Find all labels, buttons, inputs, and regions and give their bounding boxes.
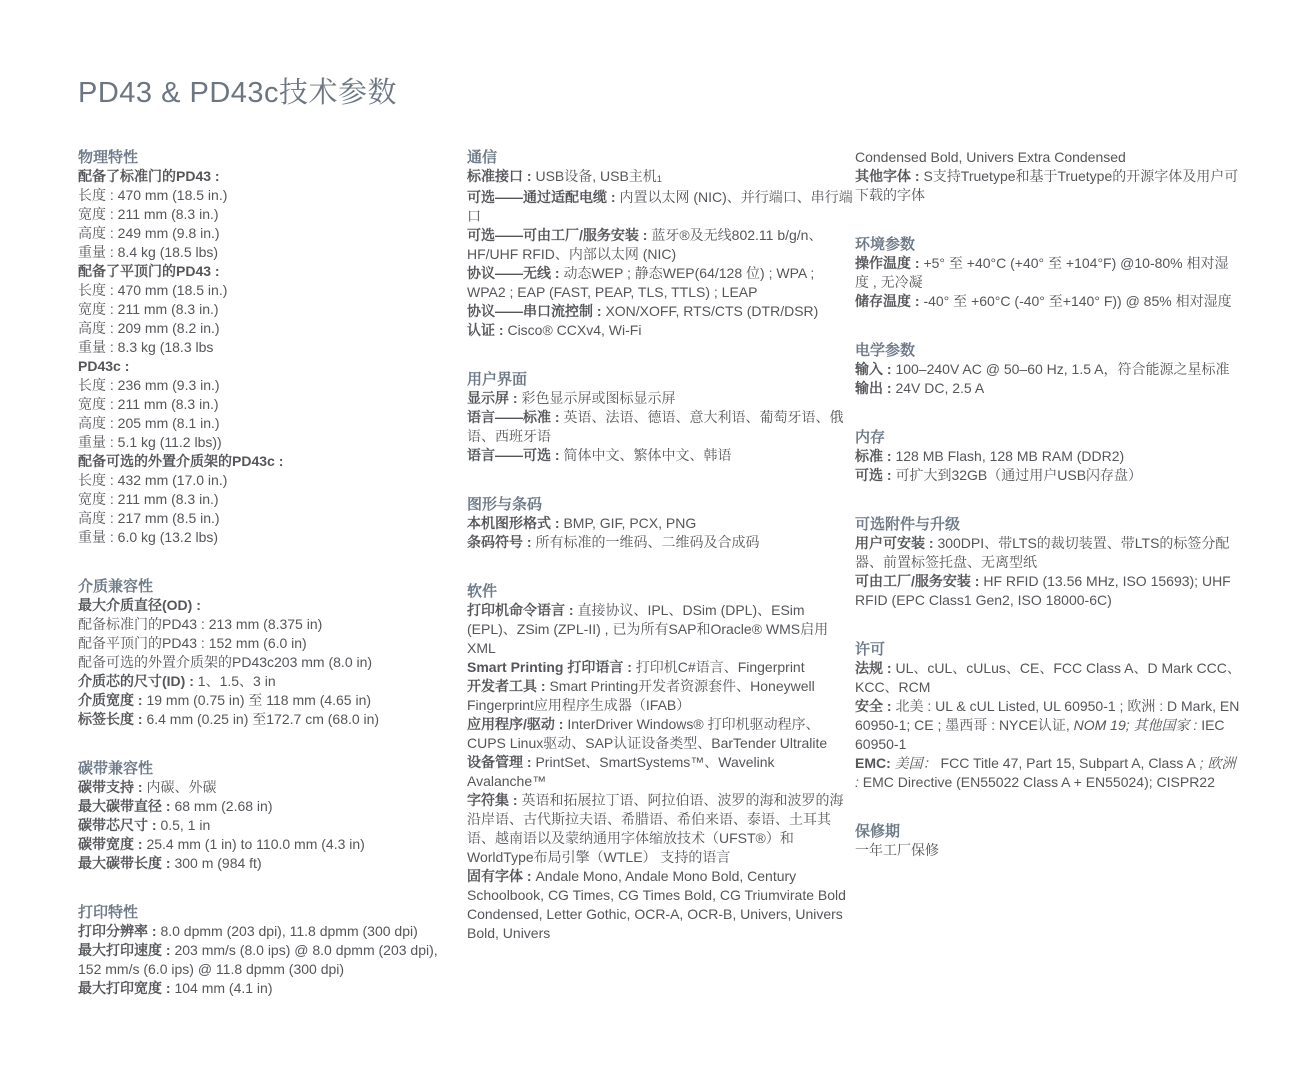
spec-line: 配备平顶门的PD43 : 152 mm (6.0 in)	[78, 634, 446, 653]
spec-label: 其他字体 :	[855, 168, 920, 184]
spec-line: 重量 : 5.1 kg (11.2 lbs))	[78, 433, 446, 452]
section-heading: 内存	[855, 428, 1241, 447]
spec-line: 认证 : Cisco® CCXv4, Wi-Fi	[467, 321, 853, 340]
spec-line: 最大介质直径(OD) :	[78, 596, 446, 615]
spec-value: USB设备, USB主机	[532, 168, 657, 184]
spec-label: 可选 :	[855, 467, 892, 483]
spec-value: BMP, GIF, PCX, PNG	[560, 515, 697, 531]
spec-line: 显示屏 : 彩色显示屏或图标显示屏	[467, 389, 853, 408]
spec-label: 操作温度 :	[855, 255, 920, 271]
spec-value: Condensed Bold, Univers Extra Condensed	[855, 149, 1126, 165]
spec-label: 协议——串口流控制 :	[467, 303, 602, 319]
section-heading: 介质兼容性	[78, 577, 446, 596]
spec-line: 最大碳带直径 : 68 mm (2.68 in)	[78, 797, 446, 816]
spec-label: 用户可安装 :	[855, 535, 934, 551]
section-heading: 可选附件与升级	[855, 515, 1241, 534]
spec-label: 最大介质直径(OD) :	[78, 597, 201, 613]
spec-label: 应用程序/驱动 :	[467, 716, 563, 732]
spec-value: -40° 至 +60°C (-40° 至+140° F)) @ 85% 相对湿度	[920, 293, 1232, 309]
spec-section: 物理特性配备了标准门的PD43 :长度 : 470 mm (18.5 in.)宽…	[78, 148, 446, 547]
spec-value: 104 mm (4.1 in)	[171, 980, 273, 996]
spec-label: 输出 :	[855, 380, 892, 396]
spec-line: 输出 : 24V DC, 2.5 A	[855, 379, 1241, 398]
spec-value: 长度 : 470 mm (18.5 in.)	[78, 187, 227, 203]
spec-value: 8.0 dpmm (203 dpi), 11.8 dpmm (300 dpi)	[157, 923, 418, 939]
spec-line: 其他字体 : S支持Truetype和基于Truetype的开源字体及用户可下载…	[855, 167, 1241, 205]
spec-section: 可选附件与升级用户可安装 : 300DPI、带LTS的裁切装置、带LTS的标签分…	[855, 515, 1241, 610]
spec-line: 协议——串口流控制 : XON/XOFF, RTS/CTS (DTR/DSR)	[467, 302, 853, 321]
spec-value: FCC Title 47, Part 15, Subpart A, Class …	[937, 755, 1196, 771]
spec-label: 打印机命令语言 :	[467, 602, 574, 618]
spec-label: EMC:	[855, 755, 891, 771]
spec-label: 介质宽度 :	[78, 692, 143, 708]
spec-line: 储存温度 : -40° 至 +60°C (-40° 至+140° F)) @ 8…	[855, 292, 1241, 311]
spec-line: 配备了平顶门的PD43 :	[78, 262, 446, 281]
column-3: Condensed Bold, Univers Extra Condensed其…	[855, 148, 1241, 890]
spec-line: 语言——可选 : 简体中文、繁体中文、韩语	[467, 446, 853, 465]
spec-line: 高度 : 249 mm (9.8 in.)	[78, 224, 446, 243]
spec-line: 配备了标准门的PD43 :	[78, 167, 446, 186]
spec-line: 高度 : 209 mm (8.2 in.)	[78, 319, 446, 338]
spec-label: 碳带宽度 :	[78, 836, 143, 852]
spec-value: 宽度 : 211 mm (8.3 in.)	[78, 206, 219, 222]
spec-section: 环境参数操作温度 : +5° 至 +40°C (+40° 至 +104°F) @…	[855, 235, 1241, 311]
spec-value: 配备标准门的PD43 : 213 mm (8.375 in)	[78, 616, 322, 632]
spec-line: 设备管理 : PrintSet、SmartSystems™、Wavelink A…	[467, 753, 853, 791]
section-heading: 电学参数	[855, 341, 1241, 360]
spec-value: NOM 19; 其他国家 :	[1074, 717, 1198, 733]
spec-value: 打印机C#语言、Fingerprint	[632, 659, 805, 675]
spec-label: Smart Printing 打印语言 :	[467, 659, 632, 675]
spec-value: 可扩大到32GB（通过用户USB闪存盘）	[892, 467, 1142, 483]
spec-label: 可由工厂/服务安装 :	[855, 573, 979, 589]
spec-line: EMC: 美国： FCC Title 47, Part 15, Subpart …	[855, 754, 1241, 792]
spec-label: 最大打印速度 :	[78, 942, 171, 958]
spec-value: 长度 : 470 mm (18.5 in.)	[78, 282, 227, 298]
column-1: 物理特性配备了标准门的PD43 :长度 : 470 mm (18.5 in.)宽…	[78, 148, 446, 1028]
spec-value: 300 m (984 ft)	[171, 855, 262, 871]
spec-value: 内碳、外碳	[143, 779, 217, 795]
spec-section: 内存标准 : 128 MB Flash, 128 MB RAM (DDR2)可选…	[855, 428, 1241, 485]
spec-line: 应用程序/驱动 : InterDriver Windows® 打印机驱动程序、C…	[467, 715, 853, 753]
spec-line: 一年工厂保修	[855, 841, 1241, 860]
spec-line: PD43c :	[78, 357, 446, 376]
spec-value: 重量 : 6.0 kg (13.2 lbs)	[78, 529, 218, 545]
spec-sheet-page: PD43 & PD43c技术参数 物理特性配备了标准门的PD43 :长度 : 4…	[0, 0, 1290, 1085]
spec-line: 介质宽度 : 19 mm (0.75 in) 至 118 mm (4.65 in…	[78, 691, 446, 710]
spec-line: 可选——通过适配电缆 : 内置以太网 (NIC)、并行端口、串行端口	[467, 188, 853, 226]
spec-line: 协议——无线 : 动态WEP ; 静态WEP(64/128 位) ; WPA ;…	[467, 264, 853, 302]
section-heading: 通信	[467, 148, 853, 167]
section-heading: 环境参数	[855, 235, 1241, 254]
spec-value: 彩色显示屏或图标显示屏	[518, 390, 676, 406]
page-title: PD43 & PD43c技术参数	[78, 70, 397, 111]
spec-line: 语言——标准 : 英语、法语、德语、意大利语、葡萄牙语、俄语、西班牙语	[467, 408, 853, 446]
section-heading: 软件	[467, 582, 853, 601]
spec-label: 最大碳带直径 :	[78, 798, 171, 814]
spec-label: 标签长度 :	[78, 711, 143, 727]
spec-value: 高度 : 217 mm (8.5 in.)	[78, 510, 220, 526]
spec-label: 设备管理 :	[467, 754, 532, 770]
section-heading: 用户界面	[467, 370, 853, 389]
spec-line: 本机图形格式 : BMP, GIF, PCX, PNG	[467, 514, 853, 533]
spec-line: 法规 : UL、cUL、cULus、CE、FCC Class A、D Mark …	[855, 659, 1241, 697]
spec-section: 用户界面显示屏 : 彩色显示屏或图标显示屏语言——标准 : 英语、法语、德语、意…	[467, 370, 853, 465]
spec-line: 用户可安装 : 300DPI、带LTS的裁切装置、带LTS的标签分配器、前置标签…	[855, 534, 1241, 572]
spec-line: 宽度 : 211 mm (8.3 in.)	[78, 490, 446, 509]
section-heading: 许可	[855, 640, 1241, 659]
spec-line: 安全 : 北美 : UL & cUL Listed, UL 60950-1 ; …	[855, 697, 1241, 754]
spec-line: 宽度 : 211 mm (8.3 in.)	[78, 205, 446, 224]
footnote-marker: 1	[657, 174, 662, 184]
spec-line: 碳带宽度 : 25.4 mm (1 in) to 110.0 mm (4.3 i…	[78, 835, 446, 854]
spec-line: 最大碳带长度 : 300 m (984 ft)	[78, 854, 446, 873]
spec-value: 重量 : 8.4 kg (18.5 lbs)	[78, 244, 218, 260]
spec-line: 碳带支持 : 内碳、外碳	[78, 778, 446, 797]
spec-line: Smart Printing 打印语言 : 打印机C#语言、Fingerprin…	[467, 658, 853, 677]
spec-label: 显示屏 :	[467, 390, 518, 406]
spec-value: 配备可选的外置介质架的PD43c203 mm (8.0 in)	[78, 654, 372, 670]
spec-label: 最大打印宽度 :	[78, 980, 171, 996]
spec-label: 输入 :	[855, 361, 892, 377]
spec-label: 配备了平顶门的PD43 :	[78, 263, 220, 279]
spec-line: 可选——可由工厂/服务安装 : 蓝牙®及无线802.11 b/g/n、HF/UH…	[467, 226, 853, 264]
spec-line: 标准 : 128 MB Flash, 128 MB RAM (DDR2)	[855, 447, 1241, 466]
spec-label: 字符集 :	[467, 792, 518, 808]
spec-label: 标准 :	[855, 448, 892, 464]
spec-section: 打印特性打印分辨率 : 8.0 dpmm (203 dpi), 11.8 dpm…	[78, 903, 446, 998]
spec-label: 法规 :	[855, 660, 892, 676]
spec-line: 标准接口 : USB设备, USB主机1	[467, 167, 853, 188]
spec-label: 储存温度 :	[855, 293, 920, 309]
spec-value: 高度 : 249 mm (9.8 in.)	[78, 225, 220, 241]
spec-label: 最大碳带长度 :	[78, 855, 171, 871]
spec-line: 最大打印宽度 : 104 mm (4.1 in)	[78, 979, 446, 998]
spec-value: 长度 : 236 mm (9.3 in.)	[78, 377, 220, 393]
spec-section: 图形与条码本机图形格式 : BMP, GIF, PCX, PNG条码符号 : 所…	[467, 495, 853, 552]
spec-value: 1、1.5、3 in	[194, 673, 276, 689]
spec-value: 0.5, 1 in	[157, 817, 211, 833]
spec-value: Cisco® CCXv4, Wi-Fi	[504, 322, 642, 338]
spec-line: 开发者工具 : Smart Printing开发者资源套件、Honeywell …	[467, 677, 853, 715]
spec-section: 通信标准接口 : USB设备, USB主机1可选——通过适配电缆 : 内置以太网…	[467, 148, 853, 340]
spec-section: 许可法规 : UL、cUL、cULus、CE、FCC Class A、D Mar…	[855, 640, 1241, 792]
spec-line: 配备可选的外置介质架的PD43c203 mm (8.0 in)	[78, 653, 446, 672]
spec-line: 条码符号 : 所有标准的一维码、二维码及合成码	[467, 533, 853, 552]
spec-value: 19 mm (0.75 in) 至 118 mm (4.65 in)	[143, 692, 371, 708]
spec-value: 68 mm (2.68 in)	[171, 798, 273, 814]
spec-label: 配备了标准门的PD43 :	[78, 168, 220, 184]
section-heading: 物理特性	[78, 148, 446, 167]
spec-line: 配备标准门的PD43 : 213 mm (8.375 in)	[78, 615, 446, 634]
spec-line: 打印分辨率 : 8.0 dpmm (203 dpi), 11.8 dpmm (3…	[78, 922, 446, 941]
spec-label: 安全 :	[855, 698, 892, 714]
spec-label: 碳带支持 :	[78, 779, 143, 795]
spec-value: XON/XOFF, RTS/CTS (DTR/DSR)	[602, 303, 819, 319]
spec-value: 长度 : 432 mm (17.0 in.)	[78, 472, 227, 488]
spec-line: 长度 : 236 mm (9.3 in.)	[78, 376, 446, 395]
spec-line: 最大打印速度 : 203 mm/s (8.0 ips) @ 8.0 dpmm (…	[78, 941, 446, 979]
spec-value: 高度 : 205 mm (8.1 in.)	[78, 415, 220, 431]
spec-line: 长度 : 432 mm (17.0 in.)	[78, 471, 446, 490]
spec-line: 重量 : 6.0 kg (13.2 lbs)	[78, 528, 446, 547]
spec-value: 宽度 : 211 mm (8.3 in.)	[78, 491, 219, 507]
spec-line: 重量 : 8.3 kg (18.3 lbs	[78, 338, 446, 357]
spec-label: 打印分辨率 :	[78, 923, 157, 939]
spec-value: 一年工厂保修	[855, 842, 939, 858]
spec-section: 介质兼容性最大介质直径(OD) :配备标准门的PD43 : 213 mm (8.…	[78, 577, 446, 729]
spec-label: 可选——通过适配电缆 :	[467, 189, 616, 205]
spec-line: 介质芯的尺寸(ID) : 1、1.5、3 in	[78, 672, 446, 691]
spec-value: 配备平顶门的PD43 : 152 mm (6.0 in)	[78, 635, 307, 651]
section-heading: 碳带兼容性	[78, 759, 446, 778]
spec-section: 保修期一年工厂保修	[855, 822, 1241, 860]
spec-line: 打印机命令语言 : 直接协议、IPL、DSim (DPL)、ESim (EPL)…	[467, 601, 853, 658]
spec-line: 高度 : 205 mm (8.1 in.)	[78, 414, 446, 433]
column-2: 通信标准接口 : USB设备, USB主机1可选——通过适配电缆 : 内置以太网…	[467, 148, 853, 973]
spec-section: 软件打印机命令语言 : 直接协议、IPL、DSim (DPL)、ESim (EP…	[467, 582, 853, 943]
spec-value: 25.4 mm (1 in) to 110.0 mm (4.3 in)	[143, 836, 365, 852]
spec-line: 标签长度 : 6.4 mm (0.25 in) 至172.7 cm (68.0 …	[78, 710, 446, 729]
spec-label: 语言——可选 :	[467, 447, 560, 463]
spec-line: 碳带芯尺寸 : 0.5, 1 in	[78, 816, 446, 835]
spec-line: 重量 : 8.4 kg (18.5 lbs)	[78, 243, 446, 262]
spec-line: 可选 : 可扩大到32GB（通过用户USB闪存盘）	[855, 466, 1241, 485]
spec-value: 重量 : 5.1 kg (11.2 lbs))	[78, 434, 222, 450]
spec-label: 配备可选的外置介质架的PD43c :	[78, 453, 283, 469]
spec-line: 长度 : 470 mm (18.5 in.)	[78, 186, 446, 205]
spec-label: 标准接口 :	[467, 168, 532, 184]
spec-value: 简体中文、繁体中文、韩语	[560, 447, 732, 463]
spec-label: 协议——无线 :	[467, 265, 560, 281]
spec-line: 操作温度 : +5° 至 +40°C (+40° 至 +104°F) @10-8…	[855, 254, 1241, 292]
spec-label: 碳带芯尺寸 :	[78, 817, 157, 833]
section-heading: 图形与条码	[467, 495, 853, 514]
spec-line: 长度 : 470 mm (18.5 in.)	[78, 281, 446, 300]
spec-value: 宽度 : 211 mm (8.3 in.)	[78, 396, 219, 412]
section-heading: 打印特性	[78, 903, 446, 922]
spec-line: 可由工厂/服务安装 : HF RFID (13.56 MHz, ISO 1569…	[855, 572, 1241, 610]
spec-value: 重量 : 8.3 kg (18.3 lbs	[78, 339, 213, 355]
spec-label: PD43c :	[78, 358, 129, 374]
spec-value: 24V DC, 2.5 A	[892, 380, 985, 396]
spec-line: 固有字体 : Andale Mono, Andale Mono Bold, Ce…	[467, 867, 853, 943]
spec-line: 字符集 : 英语和拓展拉丁语、阿拉伯语、波罗的海和波罗的海沿岸语、古代斯拉夫语、…	[467, 791, 853, 867]
spec-value: 128 MB Flash, 128 MB RAM (DDR2)	[892, 448, 1125, 464]
spec-line: 输入 : 100–240V AC @ 50–60 Hz, 1.5 A，符合能源之…	[855, 360, 1241, 379]
spec-value: UL、cUL、cULus、CE、FCC Class A、D Mark CCC、K…	[855, 660, 1241, 695]
spec-line: 配备可选的外置介质架的PD43c :	[78, 452, 446, 471]
spec-value: EMC Directive (EN55022 Class A + EN55024…	[859, 774, 1215, 790]
spec-label: 语言——标准 :	[467, 409, 560, 425]
spec-section: 碳带兼容性碳带支持 : 内碳、外碳最大碳带直径 : 68 mm (2.68 in…	[78, 759, 446, 873]
spec-label: 条码符号 :	[467, 534, 532, 550]
spec-section: 电学参数输入 : 100–240V AC @ 50–60 Hz, 1.5 A，符…	[855, 341, 1241, 398]
spec-value: 6.4 mm (0.25 in) 至172.7 cm (68.0 in)	[143, 711, 380, 727]
spec-label: 开发者工具 :	[467, 678, 546, 694]
spec-value: 所有标准的一维码、二维码及合成码	[532, 534, 760, 550]
spec-value: 宽度 : 211 mm (8.3 in.)	[78, 301, 219, 317]
spec-value: 美国：	[895, 755, 937, 771]
section-heading: 保修期	[855, 822, 1241, 841]
spec-value: 英语和拓展拉丁语、阿拉伯语、波罗的海和波罗的海沿岸语、古代斯拉夫语、希腊语、希伯…	[467, 792, 843, 865]
spec-line: 宽度 : 211 mm (8.3 in.)	[78, 395, 446, 414]
spec-line: 宽度 : 211 mm (8.3 in.)	[78, 300, 446, 319]
spec-label: 可选——可由工厂/服务安装 :	[467, 227, 647, 243]
spec-label: 本机图形格式 :	[467, 515, 560, 531]
spec-value: 高度 : 209 mm (8.2 in.)	[78, 320, 220, 336]
spec-line: Condensed Bold, Univers Extra Condensed	[855, 148, 1241, 167]
spec-value: 100–240V AC @ 50–60 Hz, 1.5 A，符合能源之星标准	[892, 361, 1230, 377]
spec-line: 高度 : 217 mm (8.5 in.)	[78, 509, 446, 528]
spec-label: 认证 :	[467, 322, 504, 338]
spec-section: Condensed Bold, Univers Extra Condensed其…	[855, 148, 1241, 205]
spec-label: 固有字体 :	[467, 868, 532, 884]
spec-label: 介质芯的尺寸(ID) :	[78, 673, 194, 689]
